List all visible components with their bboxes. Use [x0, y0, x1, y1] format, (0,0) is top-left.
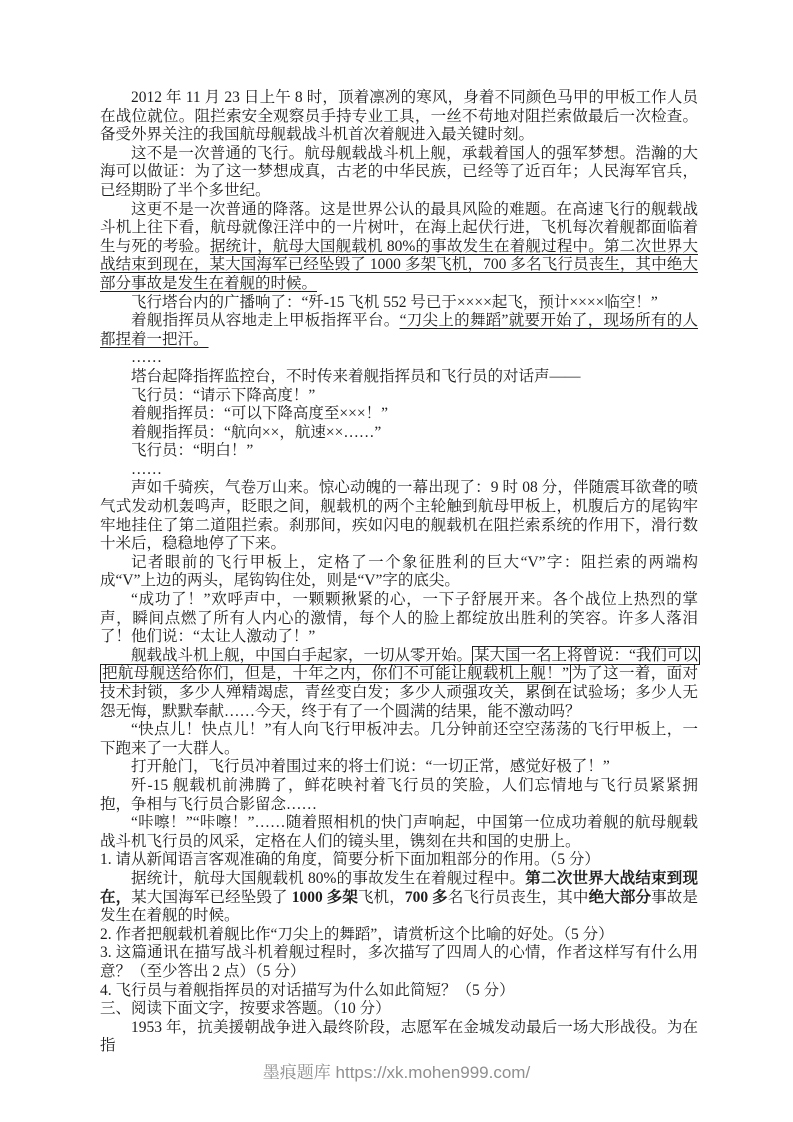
text: 这不是一次普通的飞行。航母舰载战斗机上舰，承载着国人的强军梦想。浩瀚的大海可以做… [100, 145, 698, 199]
question-item: 4. 飞行员与着舰指挥员的对话描写为什么如此简短？（5 分） [100, 982, 698, 1001]
text: 4. 飞行员与着舰指挥员的对话描写为什么如此简短？（5 分） [100, 982, 515, 999]
paragraph: 声如千骑疾，气卷万山来。惊心动魄的一幕出现了：9 时 08 分，伴随震耳欲聋的喷… [100, 479, 698, 553]
text: 飞行员：“明白！” [131, 442, 253, 459]
paragraph: “成功了！”欢呼声中，一颗颗揪紧的心，一下子舒展开来。各个战位上热烈的掌声，瞬间… [100, 591, 698, 647]
text: “成功了！”欢呼声中，一颗颗揪紧的心，一下子舒展开来。各个战位上热烈的掌声，瞬间… [100, 591, 698, 645]
paragraph: 据统计，航母大国舰载机 80%的事故发生在着舰过程中。第二次世界大战结束到现在，… [100, 870, 698, 926]
exam-page: 2012 年 11 月 23 日上午 8 时，顶着凛冽的寒风，身着不同颜色马甲的… [0, 0, 793, 1122]
text: 2. 作者把舰载机着舰比作“刀尖上的舞蹈”，请赏析这个比喻的好处。（5 分） [100, 926, 614, 943]
question-item: 2. 作者把舰载机着舰比作“刀尖上的舞蹈”，请赏析这个比喻的好处。（5 分） [100, 926, 698, 945]
text: 据统计，航母大国舰载机 80%的事故发生在着舰过程中。 [131, 870, 525, 887]
text: 某大国海军已经坠毁了 [131, 889, 291, 906]
text: 飞行员：“请示下降高度！” [131, 387, 315, 404]
text: 记者眼前的飞行甲板上，定格了一个象征胜利的巨大“V”字：阻拦索的两端构成“V”上… [100, 554, 698, 590]
footer-watermark: 墨痕题库 https://xk.mohen999.com/ [0, 1058, 793, 1083]
text: 打开舱门，飞行员冲着围过来的将士们说：“一切正常，感觉好极了！” [131, 758, 610, 775]
paragraph: 这更不是一次普通的降落。这是世界公认的最具风险的难题。在高速飞行的舰载战斗机上往… [100, 201, 698, 294]
bold-text: 1000 多架 [292, 889, 358, 906]
ellipsis-line: …… [100, 461, 698, 480]
text: 1. 请从新闻语言客观准确的角度，简要分析下面加粗部分的作用。（5 分） [100, 851, 600, 868]
footer-site-name: 墨痕题库 [263, 1063, 336, 1082]
text: 三、阅读下面文字，按要求答题。（10 分） [100, 1000, 391, 1017]
paragraph: 2012 年 11 月 23 日上午 8 时，顶着凛冽的寒风，身着不同颜色马甲的… [100, 89, 698, 145]
ellipsis-line: …… [100, 349, 698, 368]
dialogue-line: 飞行员：“明白！” [100, 442, 698, 461]
text: 歼-15 舰载机前沸腾了，鲜花映衬着飞行员的笑脸，人们忘情地与飞行员紧紧拥抱，争… [100, 777, 698, 813]
paragraph: 着舰指挥员从容地走上甲板指挥平台。“刀尖上的舞蹈”就要开始了，现场所有的人都捏着… [100, 312, 698, 349]
text: 飞机， [358, 889, 405, 906]
paragraph: 记者眼前的飞行甲板上，定格了一个象征胜利的巨大“V”字：阻拦索的两端构成“V”上… [100, 554, 698, 591]
paragraph: 舰载战斗机上舰，中国白手起家，一切从零开始。某大国一名上将曾说：“我们可以把航母… [100, 647, 698, 721]
text: …… [131, 349, 162, 366]
text: 着舰指挥员：“航向××，航速××……” [131, 424, 381, 441]
text: 名飞行员丧生，其中 [448, 889, 589, 906]
dialogue-line: 着舰指挥员：“可以下降高度至×××！” [100, 405, 698, 424]
text: 2012 年 11 月 23 日上午 8 时，顶着凛冽的寒风，身着不同颜色马甲的… [100, 89, 698, 143]
text: 塔台起降指挥监控台，不时传来着舰指挥员和飞行员的对话声—— [131, 368, 581, 385]
text: 舰载战斗机上舰，中国白手起家，一切从零开始。 [131, 647, 472, 664]
paragraph: 飞行塔台内的广播响了：“歼-15 飞机 552 号已于××××起飞，预计××××… [100, 294, 698, 313]
text: 声如千骑疾，气卷万山来。惊心动魄的一幕出现了：9 时 08 分，伴随震耳欲聋的喷… [100, 479, 698, 552]
document-body: 2012 年 11 月 23 日上午 8 时，顶着凛冽的寒风，身着不同颜色马甲的… [100, 89, 698, 1056]
bold-text: 绝大部分 [589, 889, 652, 906]
text: …… [131, 461, 162, 478]
dialogue-line: 着舰指挥员：“航向××，航速××……” [100, 424, 698, 443]
paragraph: 歼-15 舰载机前沸腾了，鲜花映衬着飞行员的笑脸，人们忘情地与飞行员紧紧拥抱，争… [100, 777, 698, 814]
question-item: 1. 请从新闻语言客观准确的角度，简要分析下面加粗部分的作用。（5 分） [100, 851, 698, 870]
text: 1953 年，抗美援朝战争进入最终阶段，志愿军在金城发动最后一场大形战役。为在指 [100, 1019, 698, 1055]
footer-url[interactable]: https://xk.mohen999.com/ [336, 1063, 531, 1082]
paragraph: 塔台起降指挥监控台，不时传来着舰指挥员和飞行员的对话声—— [100, 368, 698, 387]
text: 着舰指挥员从容地走上甲板指挥平台。 [131, 312, 400, 329]
paragraph: “咔嚓！”“咔嚓！”……随着照相机的快门声响起，中国第一位成功着舰的航母舰载战斗… [100, 814, 698, 851]
paragraph: 这不是一次普通的飞行。航母舰载战斗机上舰，承载着国人的强军梦想。浩瀚的大海可以做… [100, 145, 698, 201]
question-item: 3. 这篇通讯在描写战斗机着舰过程时，多次描写了四周人的心情，作者这样写有什么用… [100, 944, 698, 981]
text: “快点儿！快点儿！”有人向飞行甲板冲去。几分钟前还空空荡荡的飞行甲板上，一下跑来… [100, 721, 698, 757]
paragraph: 打开舱门，飞行员冲着围过来的将士们说：“一切正常，感觉好极了！” [100, 758, 698, 777]
section-heading: 三、阅读下面文字，按要求答题。（10 分） [100, 1000, 698, 1019]
text: 飞行塔台内的广播响了：“歼-15 飞机 552 号已于××××起飞，预计××××… [131, 294, 658, 311]
dialogue-line: 飞行员：“请示下降高度！” [100, 387, 698, 406]
paragraph: 1953 年，抗美援朝战争进入最终阶段，志愿军在金城发动最后一场大形战役。为在指 [100, 1019, 698, 1056]
text: “咔嚓！”“咔嚓！”……随着照相机的快门声响起，中国第一位成功着舰的航母舰载战斗… [100, 814, 698, 850]
text: 3. 这篇通讯在描写战斗机着舰过程时，多次描写了四周人的心情，作者这样写有什么用… [100, 944, 698, 980]
text: 着舰指挥员：“可以下降高度至×××！” [131, 405, 388, 422]
paragraph: “快点儿！快点儿！”有人向飞行甲板冲去。几分钟前还空空荡荡的飞行甲板上，一下跑来… [100, 721, 698, 758]
bold-text: 700 多 [405, 889, 448, 906]
